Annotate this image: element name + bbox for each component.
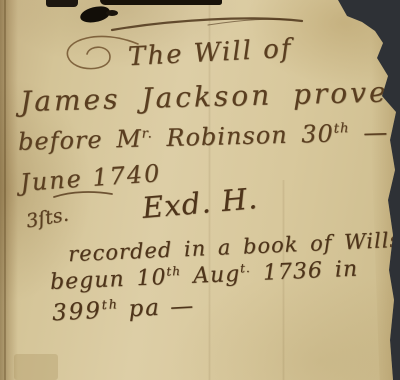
- bottom-left-stain: [14, 354, 58, 380]
- examined-note: Exd. H.: [141, 181, 260, 225]
- overline-flourish-2: [208, 19, 290, 25]
- year-text: 1736 in: [250, 257, 358, 287]
- superscript-th: th: [166, 264, 181, 279]
- overline-flourish: [112, 18, 302, 30]
- superscript-r: r.: [141, 126, 152, 141]
- page-abbrev: pa —: [118, 293, 195, 323]
- superscript-th: th: [101, 296, 119, 312]
- begun-text: begun 10: [50, 265, 167, 295]
- page-number-line: 399th pa —: [51, 292, 195, 326]
- proved-before-line: before Mr. Robinson 30th —: [18, 118, 389, 156]
- before-text: before M: [18, 125, 142, 156]
- paper-left-fold-shadow: [0, 0, 18, 380]
- paper-sheet: The Will of James Jackson proved before …: [0, 0, 400, 380]
- dash: —: [349, 118, 388, 147]
- testator-name-line: James Jackson proved: [20, 75, 400, 118]
- title-line: The Will of: [127, 34, 293, 73]
- page-number: 399: [51, 298, 102, 327]
- ink-blot: [100, 0, 222, 5]
- robinson-text: Robinson 30: [152, 120, 334, 153]
- ink-blot: [106, 10, 118, 16]
- superscript-t: t.: [240, 261, 251, 275]
- paper-left-fold-line: [4, 0, 6, 380]
- torn-edge-shading: [366, 0, 400, 380]
- fee-note: 3ſts.: [24, 203, 70, 232]
- ink-blot: [46, 0, 78, 7]
- august-text: Aug: [181, 262, 241, 290]
- document-photo: The Will of James Jackson proved before …: [0, 0, 400, 380]
- superscript-th: th: [334, 121, 350, 136]
